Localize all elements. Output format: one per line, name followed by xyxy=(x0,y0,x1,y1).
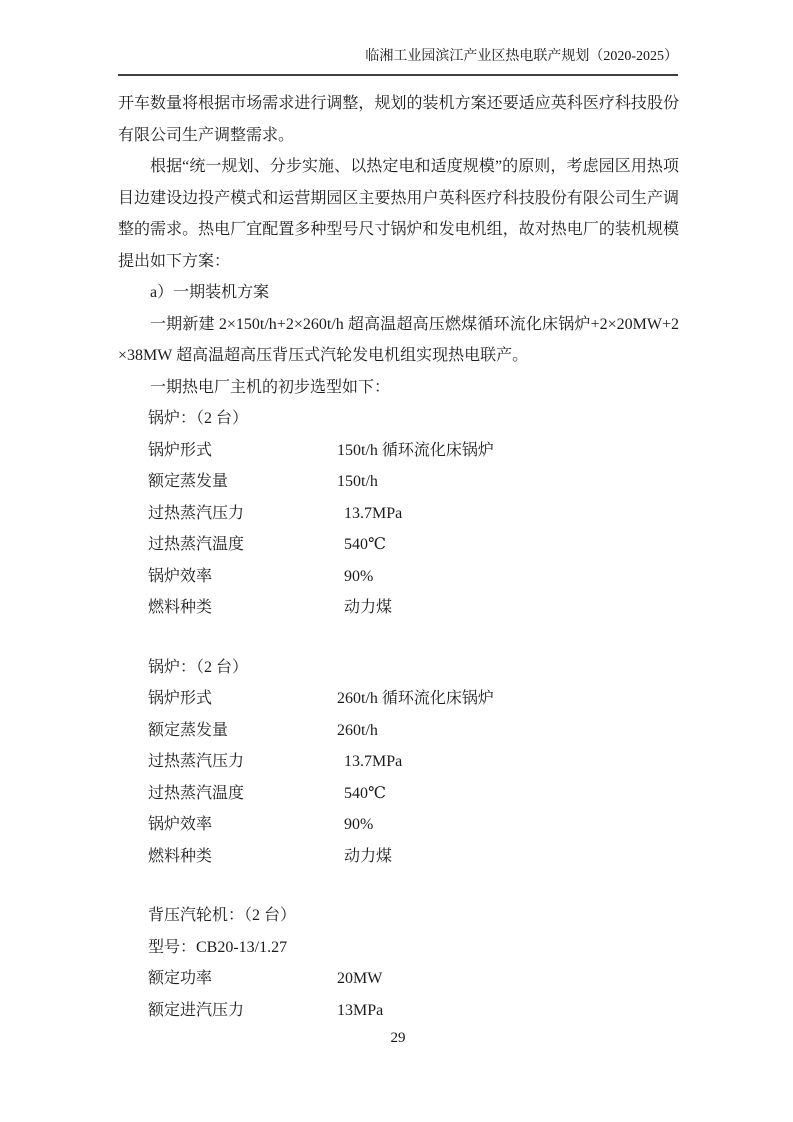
section-heading: 锅炉：（2 台） xyxy=(118,652,679,684)
spec-label: 额定蒸发量 xyxy=(148,466,228,498)
paragraph: 一期热电厂主机的初步选型如下： xyxy=(118,372,679,404)
spec-value: 13.7MPa xyxy=(344,498,402,530)
spec-label: 锅炉效率 xyxy=(148,561,212,593)
document-page: 临湘工业园滨江产业区热电联产规划（2020-2025） 开车数量将根据市场需求进… xyxy=(0,0,793,1122)
spec-value: 20MW xyxy=(337,963,382,995)
page-header: 临湘工业园滨江产业区热电联产规划（2020-2025） xyxy=(118,46,678,76)
spec-row: 过热蒸汽压力 13.7MPa xyxy=(118,498,679,530)
section-heading: 背压汽轮机：（2 台） xyxy=(118,900,679,932)
boiler2-section: 锅炉：（2 台） 锅炉形式 260t/h 循环流化床锅炉 额定蒸发量 260t/… xyxy=(118,652,679,873)
boiler1-section: 锅炉：（2 台） 锅炉形式 150t/h 循环流化床锅炉 额定蒸发量 150t/… xyxy=(118,403,679,624)
turbine-section: 背压汽轮机：（2 台） 型号：CB20-13/1.27 额定功率 20MW 额定… xyxy=(118,900,679,1026)
section-heading: 锅炉：（2 台） xyxy=(118,403,679,435)
section-spacer xyxy=(118,624,679,652)
spec-row: 额定进汽压力 13MPa xyxy=(118,995,679,1027)
spec-label: 额定功率 xyxy=(148,963,212,995)
spec-value: 260t/h xyxy=(337,715,378,747)
spec-label: 额定进汽压力 xyxy=(148,995,244,1027)
spec-value: 260t/h 循环流化床锅炉 xyxy=(337,683,494,715)
paragraph: 一期新建 2×150t/h+2×260t/h 超高温超高压燃煤循环流化床锅炉+2… xyxy=(118,309,679,372)
page-number: 29 xyxy=(118,1026,678,1050)
spec-value: 13.7MPa xyxy=(344,746,402,778)
spec-row: 锅炉形式 260t/h 循环流化床锅炉 xyxy=(118,683,679,715)
paragraph: 根据“统一规划、分步实施、以热定电和适度规模”的原则，考虑园区用热项目边建设边投… xyxy=(118,151,679,277)
spec-value: 540℃ xyxy=(344,778,386,810)
spec-value: 动力煤 xyxy=(344,841,392,873)
section-spacer xyxy=(118,872,679,900)
spec-label: 锅炉效率 xyxy=(148,809,212,841)
spec-row: 过热蒸汽温度 540℃ xyxy=(118,778,679,810)
document-content: 开车数量将根据市场需求进行调整，规划的装机方案还要适应英科医疗科技股份有限公司生… xyxy=(118,88,679,1026)
spec-value: 动力煤 xyxy=(344,592,392,624)
spec-value: 150t/h xyxy=(337,466,378,498)
spec-value: 540℃ xyxy=(344,529,386,561)
spec-value: 90% xyxy=(344,809,373,841)
spec-value: 13MPa xyxy=(337,995,383,1027)
turbine-model: 型号：CB20-13/1.27 xyxy=(118,932,679,964)
spec-label: 过热蒸汽压力 xyxy=(148,746,244,778)
list-heading-a: a）一期装机方案 xyxy=(118,277,679,309)
spec-row: 过热蒸汽温度 540℃ xyxy=(118,529,679,561)
spec-label: 燃料种类 xyxy=(148,841,212,873)
spec-label: 燃料种类 xyxy=(148,592,212,624)
spec-row: 锅炉效率 90% xyxy=(118,809,679,841)
spec-row: 额定蒸发量 150t/h xyxy=(118,466,679,498)
spec-label: 额定蒸发量 xyxy=(148,715,228,747)
spec-row: 燃料种类 动力煤 xyxy=(118,841,679,873)
spec-label: 过热蒸汽压力 xyxy=(148,498,244,530)
spec-label: 锅炉形式 xyxy=(148,435,212,467)
spec-label: 过热蒸汽温度 xyxy=(148,529,244,561)
spec-label: 过热蒸汽温度 xyxy=(148,778,244,810)
spec-row: 锅炉形式 150t/h 循环流化床锅炉 xyxy=(118,435,679,467)
spec-row: 额定功率 20MW xyxy=(118,963,679,995)
spec-row: 额定蒸发量 260t/h xyxy=(118,715,679,747)
spec-row: 过热蒸汽压力 13.7MPa xyxy=(118,746,679,778)
spec-row: 燃料种类 动力煤 xyxy=(118,592,679,624)
paragraph-continuation: 开车数量将根据市场需求进行调整，规划的装机方案还要适应英科医疗科技股份有限公司生… xyxy=(118,88,679,151)
spec-row: 锅炉效率 90% xyxy=(118,561,679,593)
spec-label: 锅炉形式 xyxy=(148,683,212,715)
header-title: 临湘工业园滨江产业区热电联产规划（2020-2025） xyxy=(365,49,678,64)
spec-value: 90% xyxy=(344,561,373,593)
spec-value: 150t/h 循环流化床锅炉 xyxy=(337,435,494,467)
